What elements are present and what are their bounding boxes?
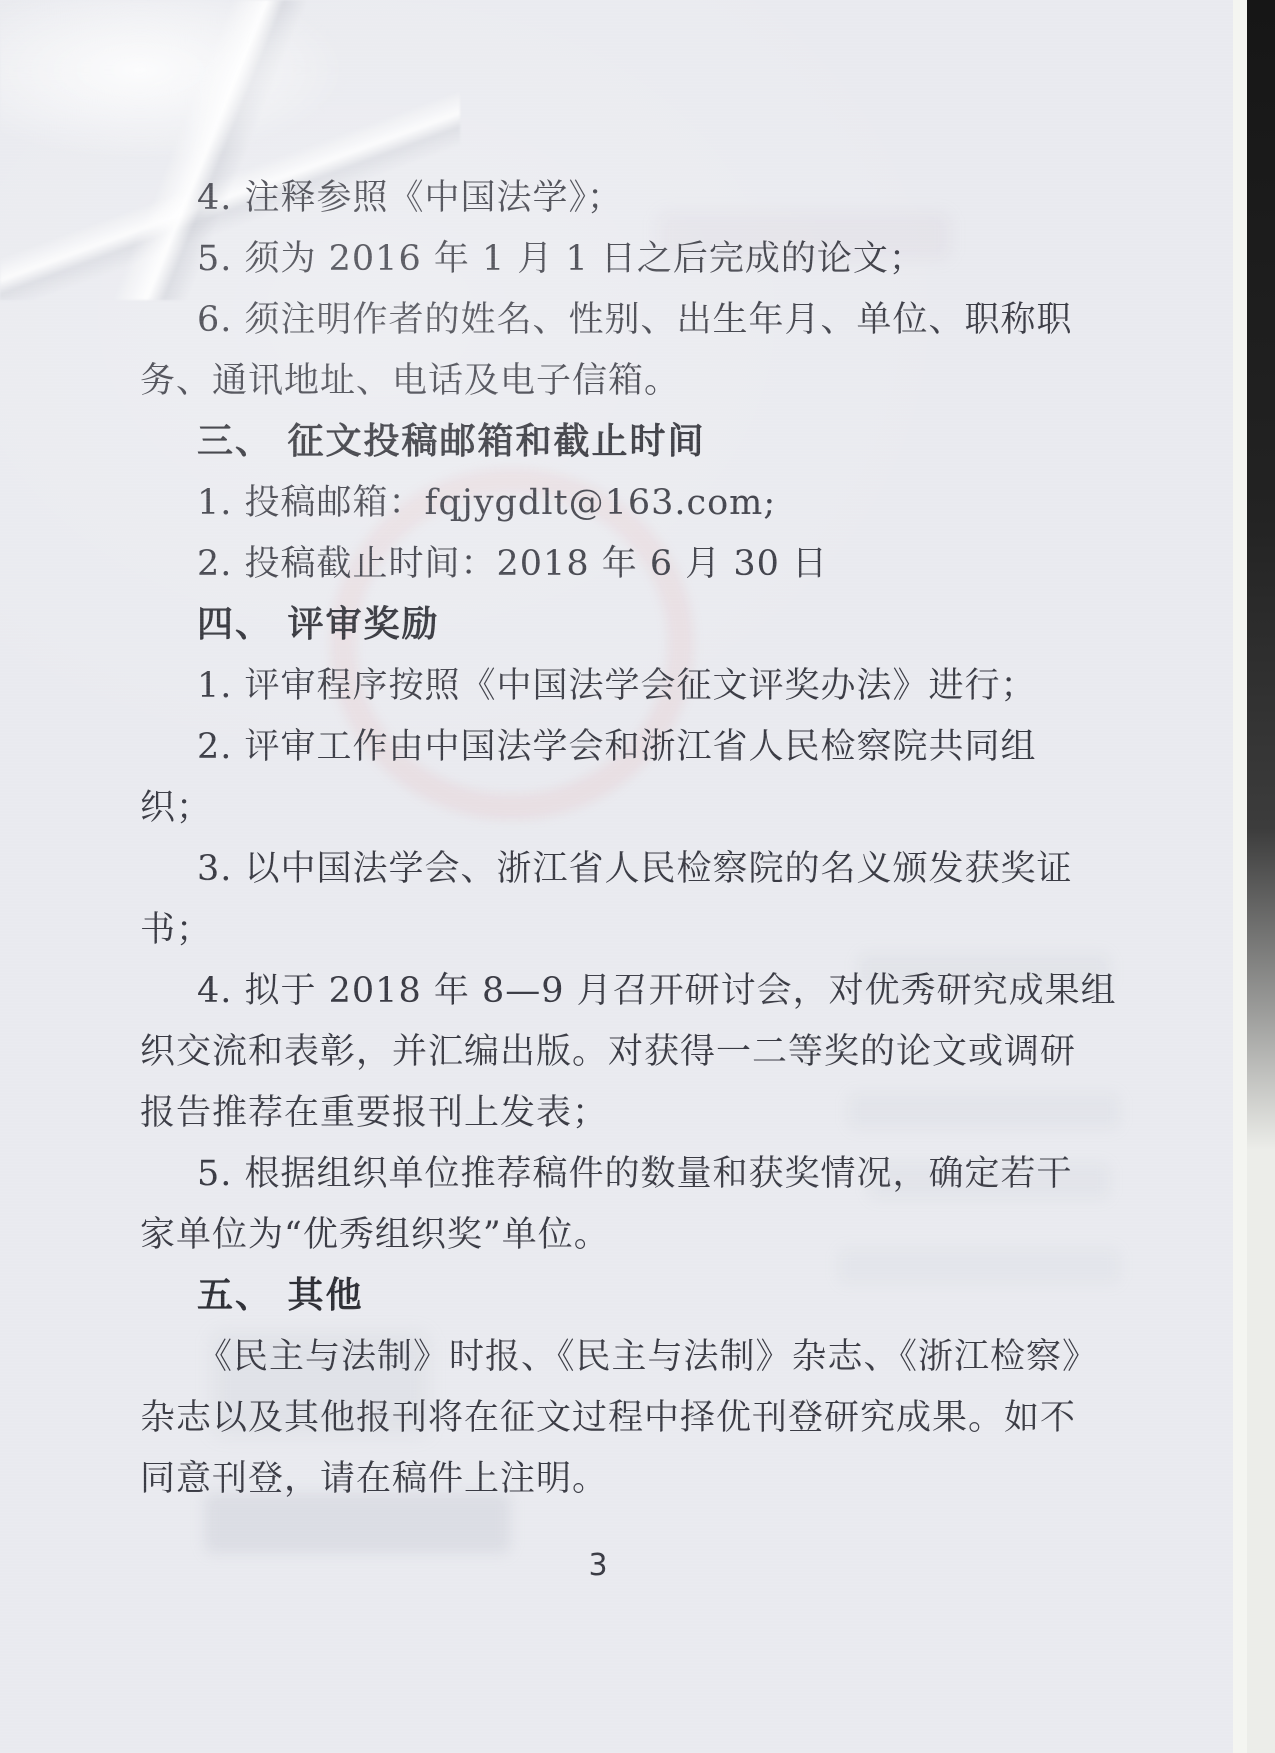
text-line: 5. 根据组织单位推荐稿件的数量和获奖情况，确定若干 (197, 1151, 1073, 1197)
text-lines: 4. 注释参照《中国法学》；5. 须为 2016 年 1 月 1 日之后完成的论… (0, 0, 1233, 1753)
text-line: 务、通讯地址、电话及电子信箱。 (140, 358, 680, 404)
text-line: 1. 评审程序按照《中国法学会征文评奖办法》进行； (197, 663, 1037, 709)
scanned-page: 4. 注释参照《中国法学》；5. 须为 2016 年 1 月 1 日之后完成的论… (0, 0, 1275, 1753)
text-line: 家单位为“优秀组织奖”单位。 (140, 1212, 610, 1258)
section-heading: 三、 征文投稿邮箱和截止时间 (197, 419, 706, 465)
text-line: 同意刊登，请在稿件上注明。 (140, 1456, 608, 1502)
scan-background (1233, 0, 1275, 1753)
text-line: 2. 投稿截止时间：2018 年 6 月 30 日 (197, 541, 828, 587)
paper: 4. 注释参照《中国法学》；5. 须为 2016 年 1 月 1 日之后完成的论… (0, 0, 1233, 1753)
text-line: 织交流和表彰，并汇编出版。对获得一二等奖的论文或调研 (140, 1029, 1076, 1075)
text-line: 1. 投稿邮箱：fqjygdlt@163.com; (197, 480, 776, 526)
text-line: 书； (140, 907, 212, 953)
text-line: 4. 拟于 2018 年 8—9 月召开研讨会，对优秀研究成果组 (197, 968, 1117, 1014)
text-line: 《民主与法制》时报、《民主与法制》杂志、《浙江检察》 (197, 1334, 1098, 1380)
text-line: 织； (140, 785, 212, 831)
text-line: 5. 须为 2016 年 1 月 1 日之后完成的论文； (197, 236, 925, 282)
text-line: 2. 评审工作由中国法学会和浙江省人民检察院共同组 (197, 724, 1037, 770)
section-heading: 四、 评审奖励 (197, 602, 440, 648)
text-line: 杂志以及其他报刊将在征文过程中择优刊登研究成果。如不 (140, 1395, 1076, 1441)
text-line: 报告推荐在重要报刊上发表； (140, 1090, 608, 1136)
page-number: 3 (140, 1548, 1056, 1583)
text-line: 6. 须注明作者的姓名、性别、出生年月、单位、职称职 (197, 297, 1073, 343)
text-line: 3. 以中国法学会、浙江省人民检察院的名义颁发获奖证 (197, 846, 1073, 892)
text-line: 4. 注释参照《中国法学》； (197, 175, 623, 221)
scan-edge-shadow (1247, 0, 1275, 1150)
section-heading: 五、 其他 (197, 1273, 364, 1319)
